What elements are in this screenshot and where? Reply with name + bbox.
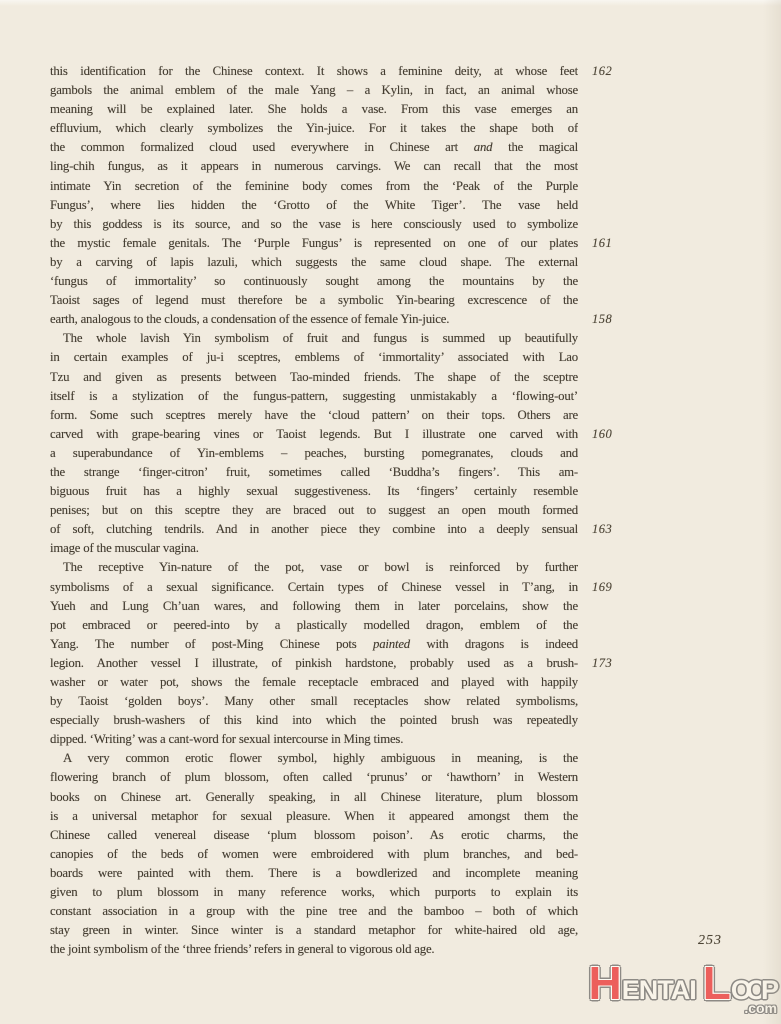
text-line: Fungus’, where lies hidden the ‘Grotto o… <box>50 196 578 215</box>
text-line: of soft, clutching tendrils. And in anot… <box>50 520 578 539</box>
text-line: flowering branch of plum blossom, often … <box>50 768 578 787</box>
plate-ref: 161 <box>592 234 632 253</box>
text-line: A very common erotic flower symbol, high… <box>50 749 578 768</box>
text-line: ‘fungus of immortality’ so continuously … <box>50 272 578 291</box>
plate-ref: 173 <box>592 654 632 673</box>
text-line: is a universal metaphor for sexual pleas… <box>50 807 578 826</box>
text-line: Tzu and given as presents between Tao-mi… <box>50 368 578 387</box>
text-line: Yueh and Lung Ch’uan wares, and followin… <box>50 597 578 616</box>
text-line: in certain examples of ju-i sceptres, em… <box>50 348 578 367</box>
text-line: effluvium, which clearly symbolizes the … <box>50 119 578 138</box>
text-line: itself is a stylization of the fungus-pa… <box>50 387 578 406</box>
text-line: symbolisms of a sexual significance. Cer… <box>50 578 578 597</box>
watermark-logo: HENTAILOOP .com <box>589 956 778 1010</box>
text-line: books on Chinese art. Generally speaking… <box>50 788 578 807</box>
text-line: a superabundance of Yin-emblems – peache… <box>50 444 578 463</box>
book-page: this identification for the Chinese cont… <box>0 0 781 1024</box>
text-line: form. Some such sceptres merely have the… <box>50 406 578 425</box>
text-line: pot embraced or peered-into by a plastic… <box>50 616 578 635</box>
watermark-letter-l: L <box>703 957 731 1009</box>
text-line: The receptive Yin-nature of the pot, vas… <box>50 558 578 577</box>
text-line: ling-chih fungus, as it appears in numer… <box>50 157 578 176</box>
text-line: Yang. The number of post-Ming Chinese po… <box>50 635 578 654</box>
text-line: washer or water pot, shows the female re… <box>50 673 578 692</box>
text-line: stay green in winter. Since winter is a … <box>50 921 578 940</box>
text-line: earth, analogous to the clouds, a conden… <box>50 310 578 329</box>
plate-ref: 163 <box>592 520 632 539</box>
text-line: boards were painted with them. There is … <box>50 864 578 883</box>
text-line: meaning will be explained later. She hol… <box>50 100 578 119</box>
watermark-tld: .com <box>744 1000 777 1016</box>
text-line: biguous fruit has a highly sexual sugges… <box>50 482 578 501</box>
watermark-letter-h: H <box>589 957 622 1009</box>
text-line: this identification for the Chinese cont… <box>50 62 578 81</box>
text-line: dipped. ‘Writing’ was a cant-word for se… <box>50 730 578 749</box>
text-line: canopies of the beds of women were embro… <box>50 845 578 864</box>
text-line: The whole lavish Yin symbolism of fruit … <box>50 329 578 348</box>
text-line: constant association in a group with the… <box>50 902 578 921</box>
text-line: the common formalized cloud used everywh… <box>50 138 578 157</box>
body-text: this identification for the Chinese cont… <box>50 62 578 959</box>
text-line: given to plum blossom in many reference … <box>50 883 578 902</box>
plate-ref: 160 <box>592 425 632 444</box>
text-line: legion. Another vessel I illustrate, of … <box>50 654 578 673</box>
text-line: the mystic female genitals. The ‘Purple … <box>50 234 578 253</box>
plate-ref: 162 <box>592 62 632 81</box>
text-line: Chinese called venereal disease ‘plum bl… <box>50 826 578 845</box>
text-line: the joint symbolism of the ‘three friend… <box>50 940 578 959</box>
text-line: the strange ‘finger-citron’ fruit, somet… <box>50 463 578 482</box>
text-line: penises; but on this sceptre they are br… <box>50 501 578 520</box>
text-line: by a carving of lapis lazuli, which sugg… <box>50 253 578 272</box>
plate-ref: 158 <box>592 310 632 329</box>
text-line: by this goddess is its source, and so th… <box>50 215 578 234</box>
page-number: 253 <box>698 931 722 950</box>
text-line: carved with grape-bearing vines or Taois… <box>50 425 578 444</box>
watermark-text-entai: ENTAI <box>622 975 696 1005</box>
text-line: intimate Yin secretion of the feminine b… <box>50 177 578 196</box>
text-line: especially brush-washers of this kind in… <box>50 711 578 730</box>
text-line: by Taoist ‘golden boys’. Many other smal… <box>50 692 578 711</box>
text-line: gambols the animal emblem of the male Ya… <box>50 81 578 100</box>
text-line: Taoist sages of legend must therefore be… <box>50 291 578 310</box>
plate-ref: 169 <box>592 578 632 597</box>
text-line: image of the muscular vagina. <box>50 539 578 558</box>
